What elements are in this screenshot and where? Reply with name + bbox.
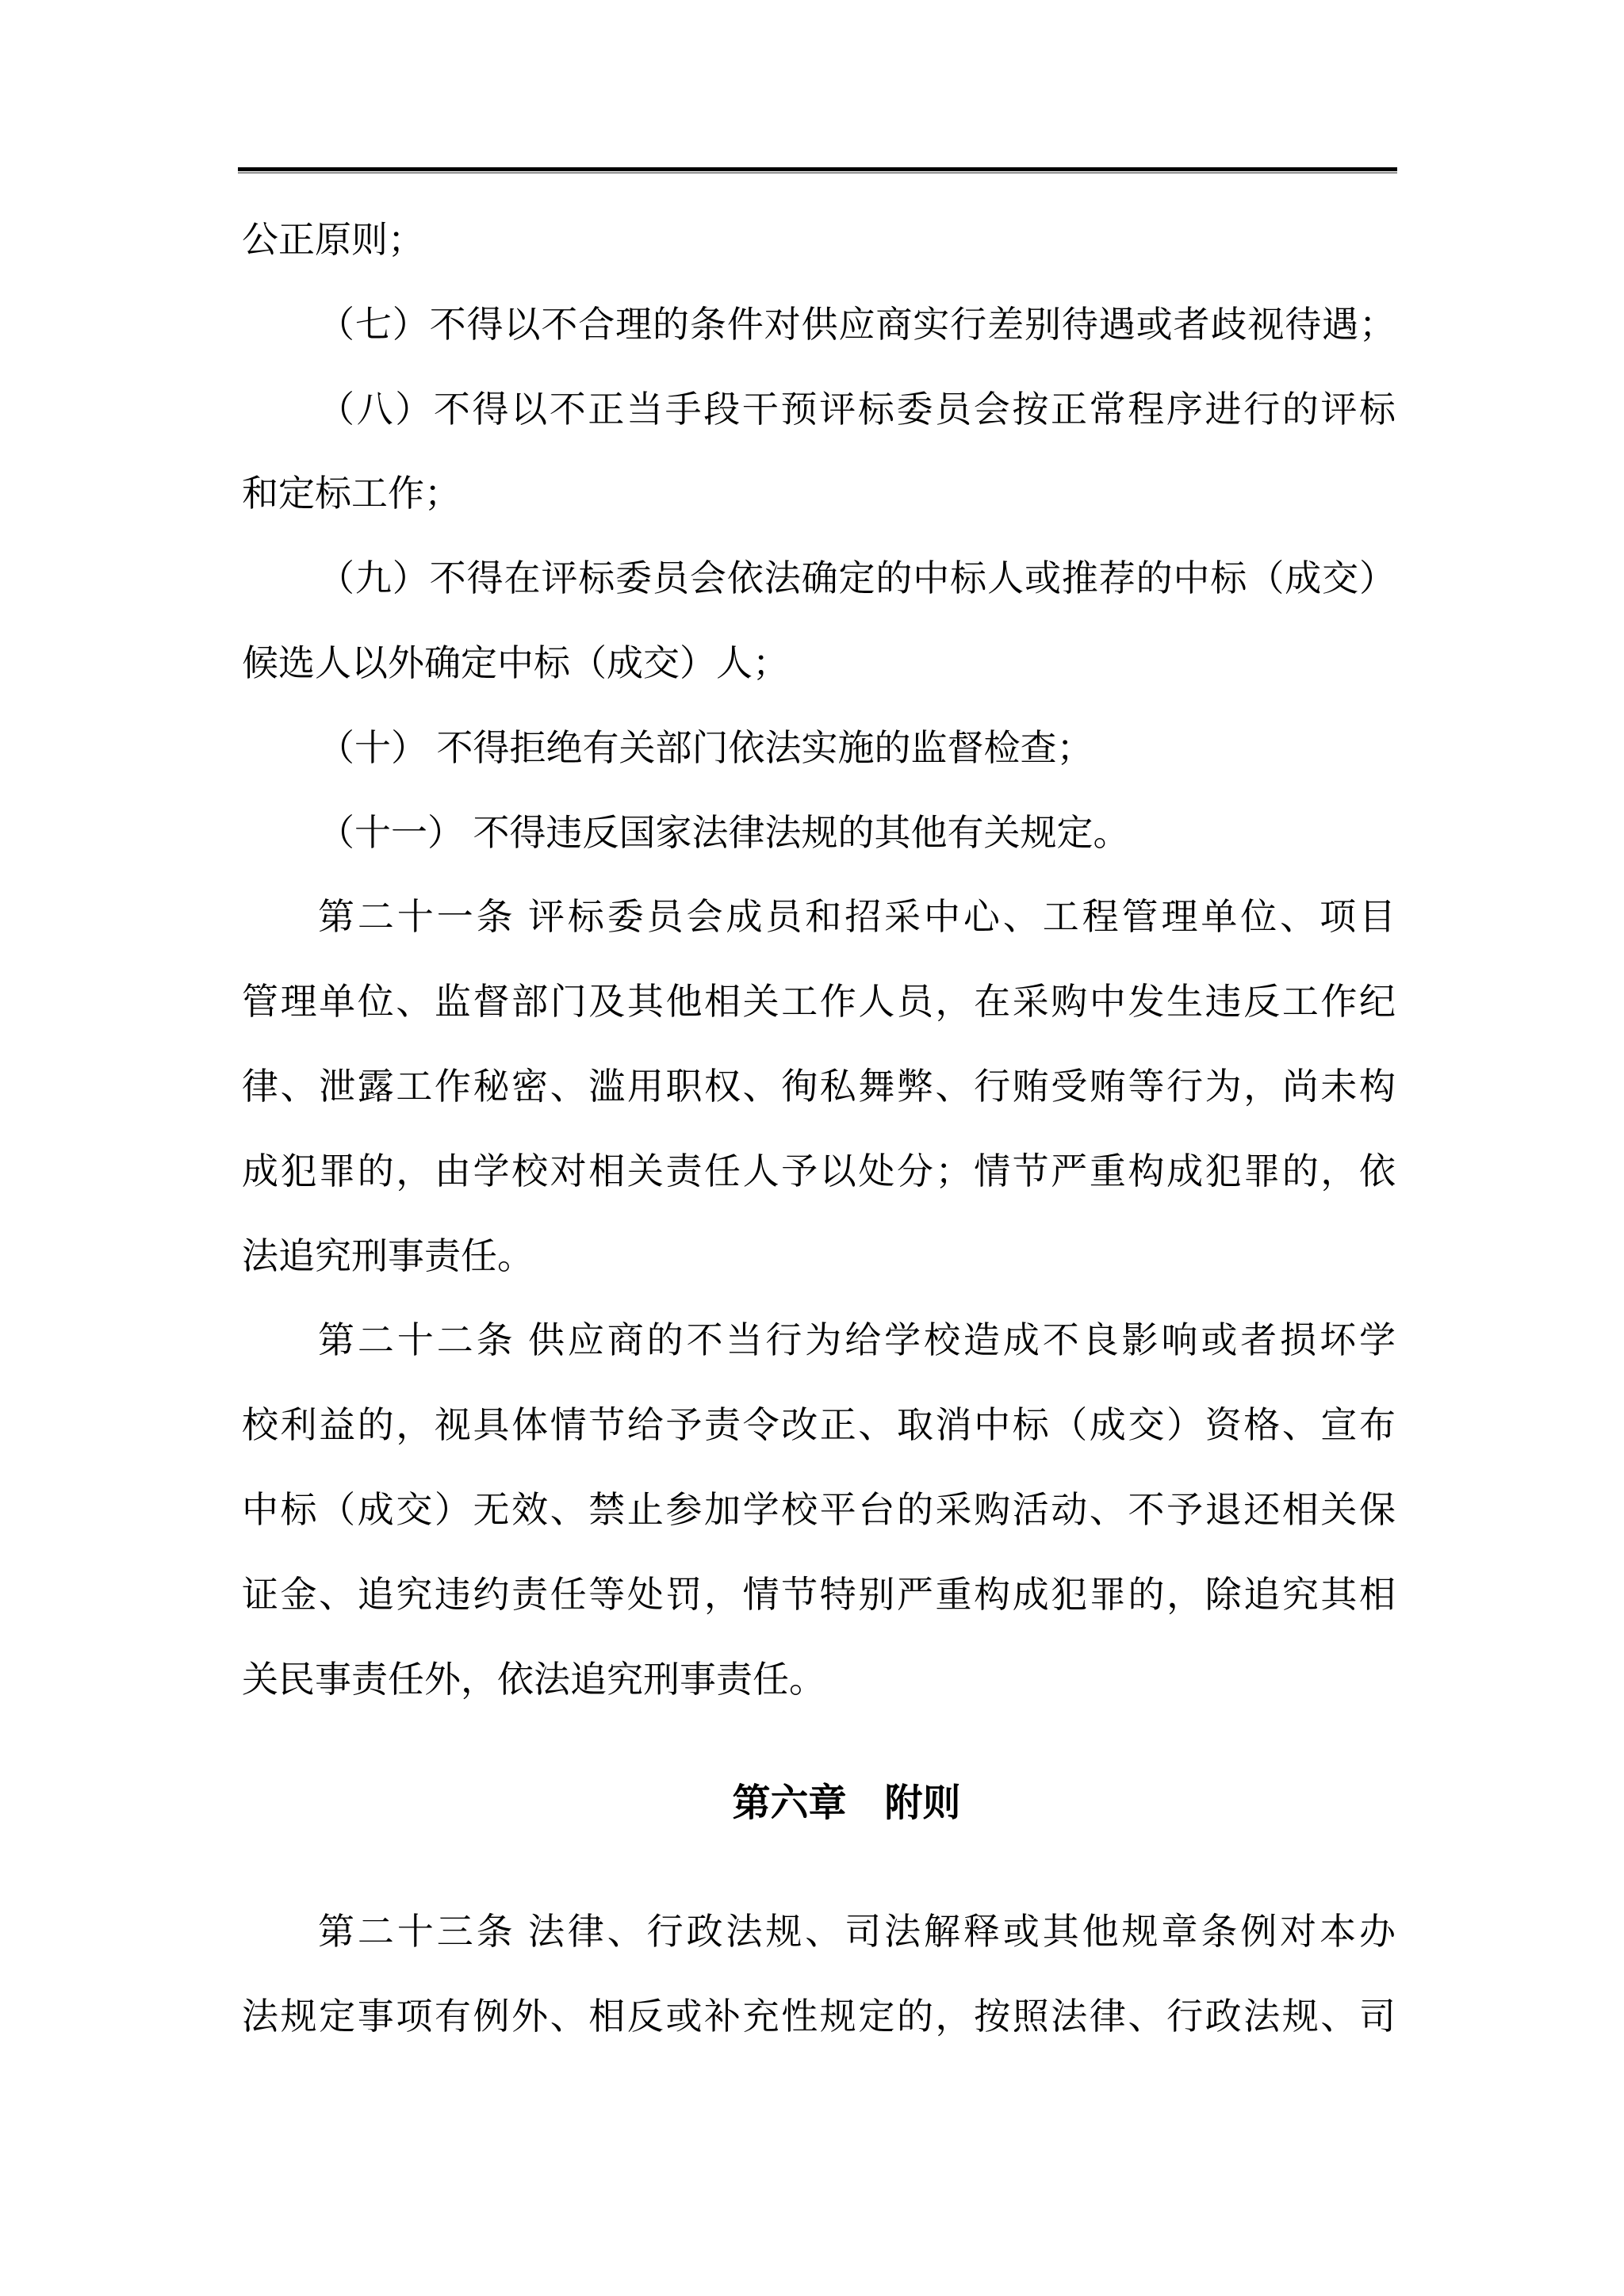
document-page: 公正原则； （七）不得以不合理的条件对供应商实行差别待遇或者歧视待遇； （八）不… (0, 0, 1624, 2296)
body-line: （九）不得在评标委员会依法确定的中标人或推荐的中标（成交） (242, 537, 1396, 622)
header-rule-thin-line (238, 172, 1397, 174)
body-line: 法追究刑事责任。 (242, 1215, 1396, 1299)
body-line: 和定标工作； (242, 452, 1396, 537)
body-line: （八）不得以不正当手段干预评标委员会按正常程序进行的评标 (242, 368, 1396, 453)
body-line: 成犯罪的，由学校对相关责任人予以处分；情节严重构成犯罪的，依 (242, 1130, 1396, 1215)
body-line: 管理单位、监督部门及其他相关工作人员，在采购中发生违反工作纪 (242, 960, 1396, 1045)
body-line: （十） 不得拒绝有关部门依法实施的监督检查； (242, 706, 1396, 791)
body-line: 候选人以外确定中标（成交）人； (242, 622, 1396, 706)
body-line: 第二十三条 法律、行政法规、司法解释或其他规章条例对本办 (242, 1890, 1396, 1975)
header-rule (238, 167, 1397, 174)
body-line: 校利益的，视具体情节给予责令改正、取消中标（成交）资格、宣布 (242, 1383, 1396, 1468)
body-line: 第二十二条 供应商的不当行为给学校造成不良影响或者损坏学 (242, 1299, 1396, 1383)
body-line: 律、泄露工作秘密、滥用职权、徇私舞弊、行贿受贿等行为，尚未构 (242, 1045, 1396, 1130)
body-line: 第二十一条 评标委员会成员和招采中心、工程管理单位、项目 (242, 875, 1396, 960)
body-line: （七）不得以不合理的条件对供应商实行差别待遇或者歧视待遇； (242, 283, 1396, 368)
body-line: 关民事责任外，依法追究刑事责任。 (242, 1638, 1396, 1723)
document-body: 公正原则； （七）不得以不合理的条件对供应商实行差别待遇或者歧视待遇； （八）不… (242, 198, 1396, 2060)
header-rule-thick-line (238, 167, 1397, 171)
body-line: 证金、追究违约责任等处罚，情节特别严重构成犯罪的，除追究其相 (242, 1553, 1396, 1638)
body-line: 中标（成交）无效、禁止参加学校平台的采购活动、不予退还相关保 (242, 1468, 1396, 1553)
body-line: 公正原则； (242, 198, 1396, 283)
chapter-heading: 第六章 附则 (270, 1761, 1423, 1846)
body-line: （十一） 不得违反国家法律法规的其他有关规定。 (242, 791, 1396, 876)
body-line: 法规定事项有例外、相反或补充性规定的，按照法律、行政法规、司 (242, 1975, 1396, 2060)
